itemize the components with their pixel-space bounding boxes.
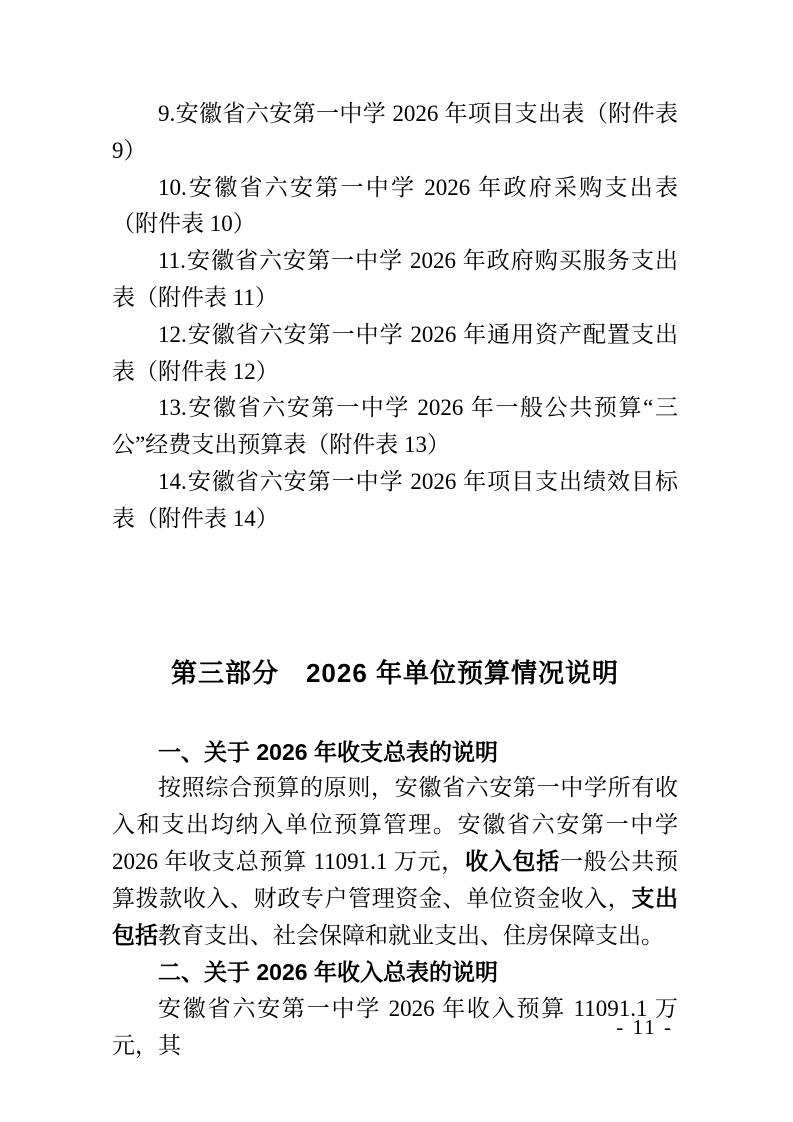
subsection-1-heading: 一、关于 2026 年收支总表的说明 (112, 734, 678, 771)
document-page: 9.安徽省六安第一中学 2026 年项目支出表（附件表 9） 10.安徽省六安第… (0, 0, 793, 1122)
attachment-list-item-11: 11.安徽省六安第一中学 2026 年政府购买服务支出表（附件表 11） (112, 243, 678, 317)
attachment-list-item-10: 10.安徽省六安第一中学 2026 年政府采购支出表（附件表 10） (112, 170, 678, 244)
paragraph-bold-income: 收入包括 (465, 849, 560, 874)
subsection-2-heading: 二、关于 2026 年收入总表的说明 (112, 954, 678, 991)
document-content: 9.安徽省六安第一中学 2026 年项目支出表（附件表 9） 10.安徽省六安第… (112, 96, 678, 1065)
attachment-list-item-13: 13.安徽省六安第一中学 2026 年一般公共预算“三公”经费支出预算表（附件表… (112, 390, 678, 464)
page-number: - 11 - (616, 1012, 673, 1042)
subsection-1-paragraph: 按照综合预算的原则，安徽省六安第一中学所有收入和支出均纳入单位预算管理。安徽省六… (112, 770, 678, 954)
section-title: 第三部分 2026 年单位预算情况说明 (112, 652, 678, 694)
paragraph-text-tail: 教育支出、社会保障和就业支出、住房保障支出。 (158, 923, 664, 948)
attachment-list-item-9: 9.安徽省六安第一中学 2026 年项目支出表（附件表 9） (112, 96, 678, 170)
subsection-2-paragraph: 安徽省六安第一中学 2026 年收入预算 11091.1 万元，其 (112, 991, 678, 1065)
attachment-list-item-12: 12.安徽省六安第一中学 2026 年通用资产配置支出表（附件表 12） (112, 317, 678, 391)
attachment-list-item-14: 14.安徽省六安第一中学 2026 年项目支出绩效目标表（附件表 14） (112, 464, 678, 538)
